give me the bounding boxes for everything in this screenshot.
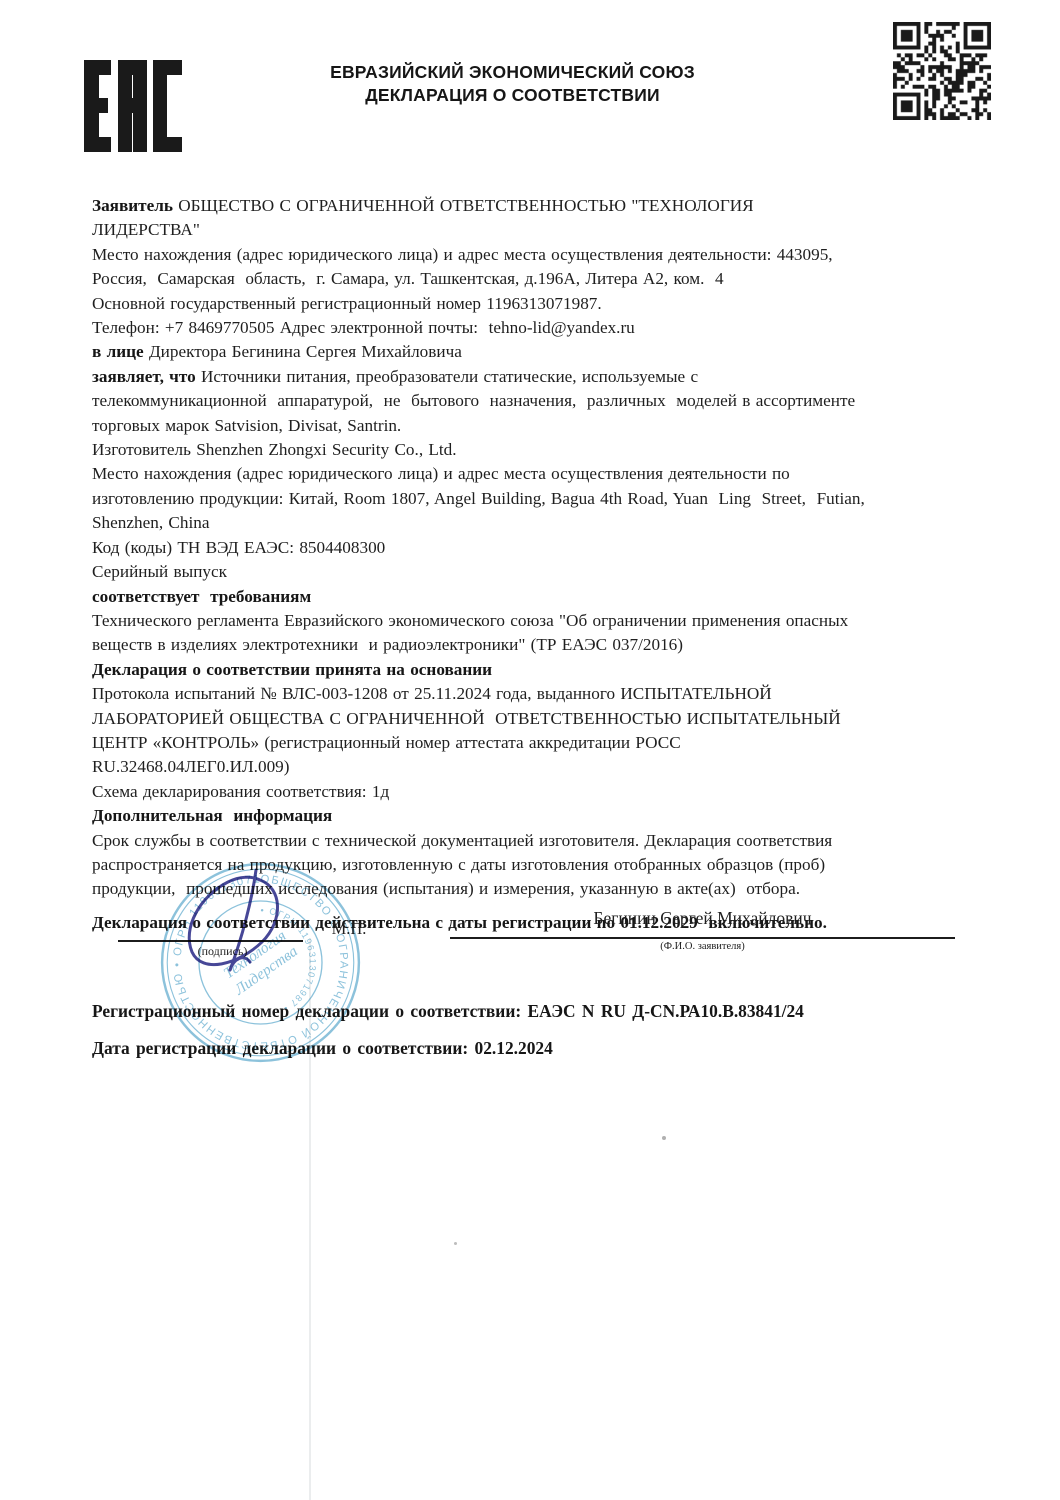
scan-fold-line [309,938,311,1500]
declaration-document: ЕВРАЗИЙСКИЙ ЭКОНОМИЧЕСКИЙ СОЮЗ ДЕКЛАРАЦИ… [0,0,1060,1500]
handwritten-signature [172,858,342,998]
applicant-name-caption: (Ф.И.О. заявителя) [450,941,955,952]
paragraph: Серийный выпуск [92,560,950,584]
paragraph: Протокола испытаний № ВЛС-003-1208 от 25… [92,682,950,780]
title-line-1: ЕВРАЗИЙСКИЙ ЭКОНОМИЧЕСКИЙ СОЮЗ [250,61,775,84]
qr-code [893,22,991,120]
paragraph: Изготовитель Shenzhen Zhongxi Security C… [92,438,950,462]
paragraph: Основной государственный регистрационный… [92,292,950,316]
title-line-2: ДЕКЛАРАЦИЯ О СООТВЕТСТВИИ [250,84,775,107]
registration-number-value: ЕАЭС N RU Д-CN.РА10.В.83841/24 [528,1001,804,1021]
registration-date-value: 02.12.2024 [475,1038,553,1058]
paragraph: Заявитель ОБЩЕСТВО С ОГРАНИЧЕННОЙ ОТВЕТС… [92,194,950,243]
paragraph: Телефон: +7 8469770505 Адрес электронной… [92,316,950,340]
paragraph: Дополнительная информация [92,804,950,828]
qr-code-container [893,22,991,120]
paragraph: заявляет, что Источники питания, преобра… [92,365,950,438]
paragraph: в лице Директора Бегинина Сергея Михайло… [92,340,950,364]
document-title: ЕВРАЗИЙСКИЙ ЭКОНОМИЧЕСКИЙ СОЮЗ ДЕКЛАРАЦИ… [250,61,775,107]
paragraph: Код (коды) ТН ВЭД ЕАЭС: 8504408300 [92,536,950,560]
document-paragraphs: Заявитель ОБЩЕСТВО С ОГРАНИЧЕННОЙ ОТВЕТС… [92,194,950,935]
eac-logo-icon [84,60,182,152]
paragraph: Технического регламента Евразийского эко… [92,609,950,658]
scan-speck [454,1242,457,1245]
paragraph: соответствует требованиям [92,585,950,609]
paragraph: Место нахождения (адрес юридического лиц… [92,243,950,292]
paragraph: Схема декларирования соответствия: 1д [92,780,950,804]
paragraph: Место нахождения (адрес юридического лиц… [92,462,950,535]
paragraph: Декларация о соответствии принята на осн… [92,658,950,682]
scan-speck [662,1136,666,1140]
applicant-name: Бегинин Сергей Михайлович [450,908,955,929]
applicant-name-line [450,937,955,939]
